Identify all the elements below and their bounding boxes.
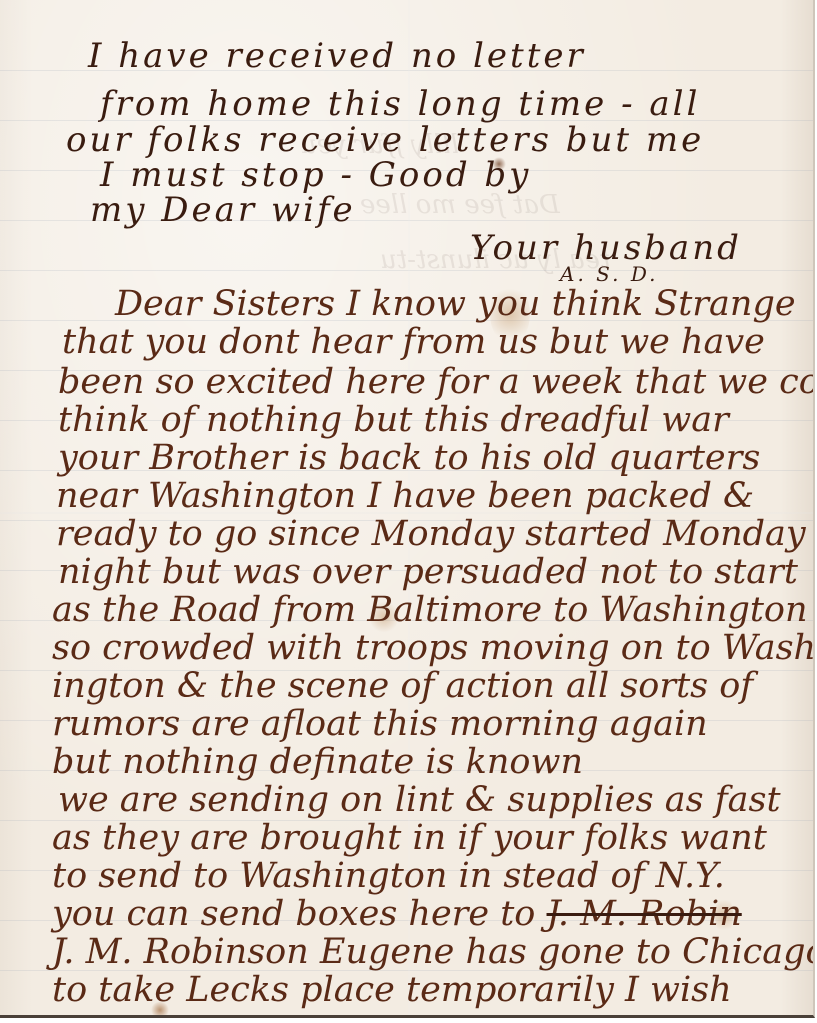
letter-line-text: you can send boxes here to: [52, 894, 535, 934]
letter-line: think of nothing but this dreadful war: [58, 400, 729, 440]
letter-line: as they are brought in if your folks wan…: [52, 818, 767, 858]
letter-line: to take Lecks place temporarily I wish: [52, 970, 732, 1010]
letter-line: to send to Washington in stead of N.Y.: [52, 856, 725, 896]
note-line: from home this long time - all: [100, 84, 700, 124]
letter-line: as the Road from Baltimore to Washington…: [52, 590, 815, 630]
letter-line: ready to go since Monday started Monday: [56, 514, 806, 554]
letter-line: so crowded with troops moving on to Wash: [52, 628, 815, 668]
note-line: our folks receive letters but me: [66, 120, 704, 160]
ruled-line: [0, 270, 813, 271]
letter-line: near Washington I have been packed &: [56, 476, 754, 516]
letter-line: your Brother is back to his old quarters: [58, 438, 760, 478]
letter-page: lllly ffur yeu Dat fee mo llee tea ly uc…: [0, 0, 815, 1018]
letter-line: you can send boxes here to J. M. Robin: [52, 894, 742, 934]
letter-line: that you dont hear from us but we have: [62, 322, 765, 362]
letter-line: rumors are afloat this morning again: [52, 704, 708, 744]
letter-line: J. M. Robinson Eugene has gone to Chicag…: [52, 932, 815, 972]
letter-line: been so excited here for a week that we …: [58, 362, 815, 402]
letter-line: ington & the scene of action all sorts o…: [52, 666, 753, 706]
letter-line: night but was over persuaded not to star…: [58, 552, 798, 592]
note-initials: A. S. D.: [560, 262, 659, 286]
letter-line: we are sending on lint & supplies as fas…: [58, 780, 781, 820]
note-line: my Dear wife: [90, 190, 356, 230]
letter-line: Dear Sisters I know you think Strange: [115, 284, 796, 324]
note-line: I must stop - Good by: [100, 155, 531, 195]
struck-text: J. M. Robin: [547, 894, 742, 934]
letter-line: but nothing definate is known: [52, 742, 583, 782]
note-line: I have received no letter: [88, 36, 586, 76]
